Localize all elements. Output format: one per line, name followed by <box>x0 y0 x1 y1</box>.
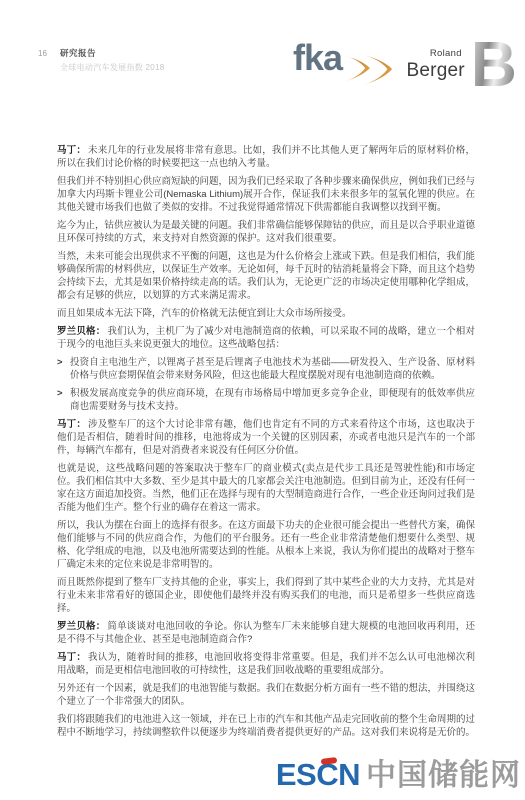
paragraph-text: 涉及整车厂的这个大讨论非常有趣，他们也肯定有不同的方式来看待这个市场，这也取决于… <box>57 419 475 456</box>
paragraph-text: 我认为，随着时间的推移，电池回收将变得非常重要。但是，我们并不怎么认可电池梯次利… <box>57 652 475 676</box>
report-subtitle: 全球电动汽车发展指数 2018 <box>60 62 165 73</box>
escn-watermark: ESCN 中国储能网 <box>276 750 521 794</box>
page-number: 16 <box>38 49 47 58</box>
escn-logo-text: ESCN <box>276 757 360 793</box>
roland-berger-wordmark: Roland Berger <box>407 48 465 82</box>
paragraph-text: 我们将跟随我们的电池进入这一领域，并在已上市的汽车和其他产品走完回收前的整个生命… <box>57 714 475 738</box>
paragraph-text: 但我们并不特别担心供应商短缺的问题，因为我们已经采取了各种步骤来确保供应，例如我… <box>57 176 475 213</box>
paragraph-text: 也就是说，这些战略问题的答案取决于整车厂的商业模式(卖点是代步工具还是驾驶性能)… <box>57 463 475 513</box>
speaker-label: 马丁： <box>57 652 86 663</box>
paragraph-text: 而且既然你提到了整车厂支持其他的企业，事实上，我们得到了其中某些企业的大力支持，… <box>57 577 475 614</box>
paragraph: 马丁：我认为，随着时间的推移，电池回收将变得非常重要。但是，我们并不怎么认可电池… <box>57 651 475 677</box>
interview-body: 马丁：未来几年的行业发展将非常有意思。比如，我们并不比其他人更了解两年后的原材料… <box>57 144 475 744</box>
paragraph: 而且既然你提到了整车厂支持其他的企业，事实上，我们得到了其中某些企业的大力支持，… <box>57 576 475 615</box>
paragraph-text: 简单谈谈对电池回收的争论。你认为整车厂未来能够自建大规模的电池回收再利用，还是不… <box>57 621 475 645</box>
speaker-label: 罗兰贝格： <box>57 621 105 632</box>
paragraph-text: 而且如果成本无法下降，汽车的价格就无法便宜到让大众市场所接受。 <box>57 308 352 319</box>
paragraph-text: 积极发展高度竞争的供应商环境，在现有市场格局中增加更多竞争企业，即便现有的低效率… <box>70 388 475 412</box>
paragraph-text: 另外还有一个因素，就是我们的电池智能与数据。我们在数据分析方面有一些不错的想法，… <box>57 683 475 707</box>
roland-berger-b-icon: B <box>471 34 517 94</box>
report-type-label: 研究报告 <box>60 47 96 59</box>
fka-arrows-icon <box>344 54 394 91</box>
roland-label: Roland <box>407 48 462 59</box>
paragraph-text: 所以，我认为摆在台面上的选择有很多。在这方面最下功夫的企业很可能会提出一些替代方… <box>57 520 475 570</box>
bullet-item: >积极发展高度竞争的供应商环境，在现有市场格局中增加更多竞争企业，即便现有的低效… <box>57 387 475 413</box>
paragraph: 我们将跟随我们的电池进入这一领域，并在已上市的汽车和其他产品走完回收前的整个生命… <box>57 713 475 739</box>
speaker-label: 马丁： <box>57 145 86 156</box>
paragraph: 而且如果成本无法下降，汽车的价格就无法便宜到让大众市场所接受。 <box>57 307 475 320</box>
paragraph: 迄今为止，钴供应被认为是最关键的问题。我们非常确信能够保障钴的供应，而且是以合乎… <box>57 219 475 245</box>
fka-logo: fka <box>293 40 394 91</box>
paragraph-text: 我们认为，主机厂为了减少对电池制造商的依赖，可以采取不同的战略，建立一个相对于现… <box>57 326 475 350</box>
paragraph: 也就是说，这些战略问题的答案取决于整车厂的商业模式(卖点是代步工具还是驾驶性能)… <box>57 462 475 514</box>
paragraph: 罗兰贝格：我们认为，主机厂为了减少对电池制造商的依赖，可以采取不同的战略，建立一… <box>57 325 475 351</box>
paragraph-text: 投资自主电池生产，以锂离子甚至是后锂离子电池技术为基础——研发投入、生产设备、原… <box>70 357 475 381</box>
escn-site-name: 中国储能网 <box>366 750 521 794</box>
fka-logo-text: fka <box>293 40 342 76</box>
paragraph: 当然，未来可能会出现供求不平衡的问题，这也是为什么价格会上涨或下跌。但是我们相信… <box>57 250 475 302</box>
paragraph: 马丁：涉及整车厂的这个大讨论非常有趣，他们也肯定有不同的方式来看待这个市场，这也… <box>57 418 475 457</box>
paragraph: 所以，我认为摆在台面上的选择有很多。在这方面最下功夫的企业很可能会提出一些替代方… <box>57 519 475 571</box>
paragraph: 另外还有一个因素，就是我们的电池智能与数据。我们在数据分析方面有一些不错的想法，… <box>57 682 475 708</box>
paragraph-text: 当然，未来可能会出现供求不平衡的问题，这也是为什么价格会上涨或下跌。但是我们相信… <box>57 251 475 301</box>
bullet-marker: > <box>57 387 63 400</box>
speaker-label: 马丁： <box>57 419 86 430</box>
roland-berger-logo: Roland Berger B <box>407 34 517 94</box>
bullet-item: >投资自主电池生产，以锂离子甚至是后锂离子电池技术为基础——研发投入、生产设备、… <box>57 356 475 382</box>
berger-label: Berger <box>407 60 465 82</box>
speaker-label: 罗兰贝格： <box>57 326 105 337</box>
paragraph: 罗兰贝格：简单谈谈对电池回收的争论。你认为整车厂未来能够自建大规模的电池回收再利… <box>57 620 475 646</box>
report-page: 16 研究报告 全球电动汽车发展指数 2018 fka Roland Berge… <box>0 0 525 800</box>
paragraph: 但我们并不特别担心供应商短缺的问题，因为我们已经采取了各种步骤来确保供应，例如我… <box>57 175 475 214</box>
paragraph: 马丁：未来几年的行业发展将非常有意思。比如，我们并不比其他人更了解两年后的原材料… <box>57 144 475 170</box>
paragraph-text: 迄今为止，钴供应被认为是最关键的问题。我们非常确信能够保障钴的供应，而且是以合乎… <box>57 220 475 244</box>
bullet-marker: > <box>57 356 63 369</box>
paragraph-text: 未来几年的行业发展将非常有意思。比如，我们并不比其他人更了解两年后的原材料价格，… <box>57 145 475 169</box>
